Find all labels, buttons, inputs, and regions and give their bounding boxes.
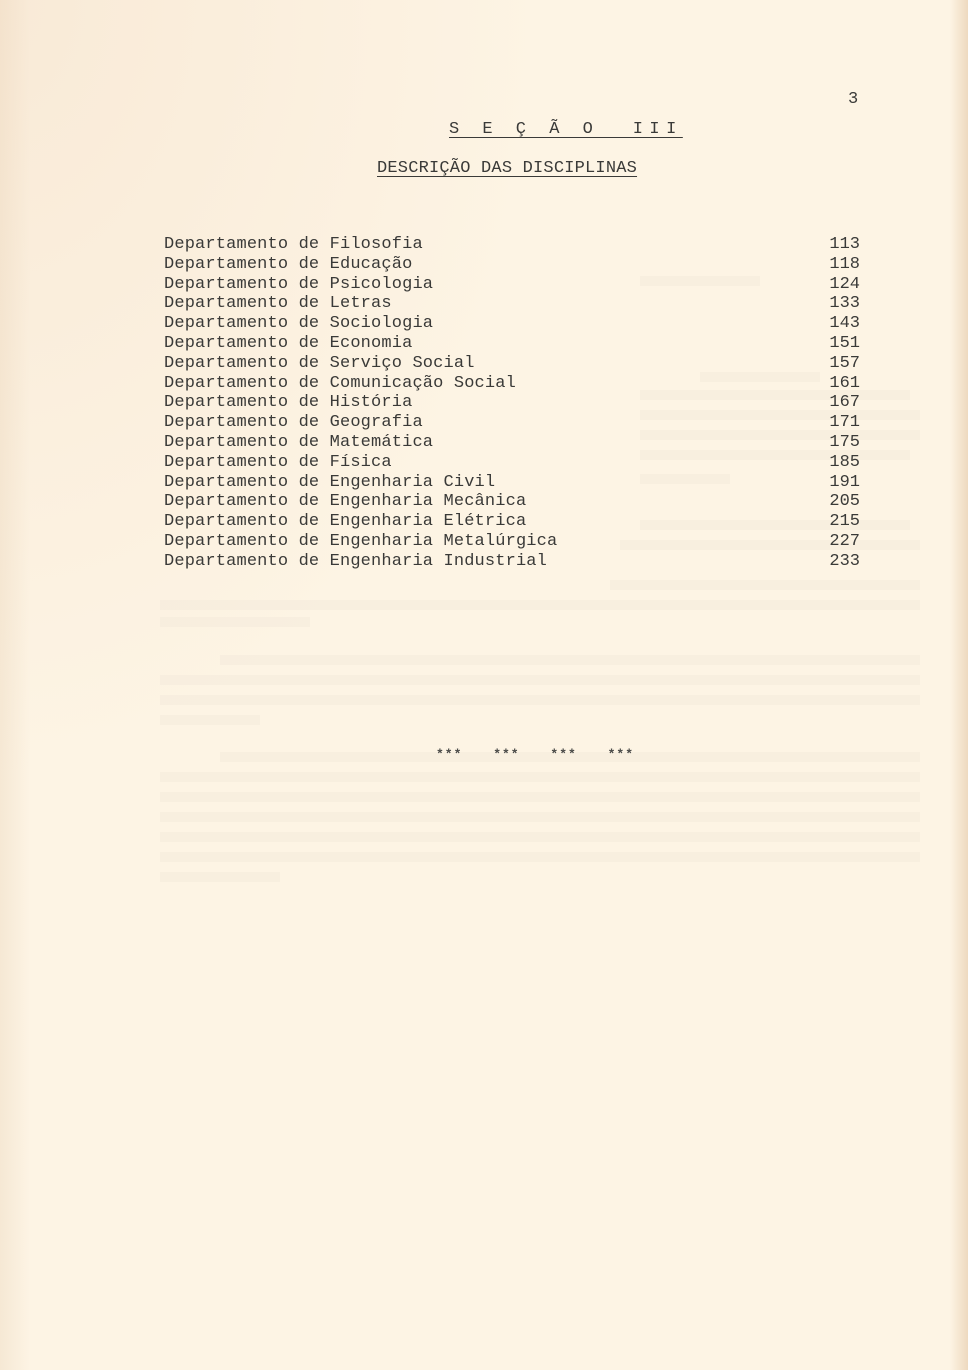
toc-entry-page: 143 (829, 314, 860, 334)
toc-entry-label: Departamento de Psicologia (164, 275, 433, 295)
bleed-through-mark (160, 792, 920, 802)
toc-entry: Departamento de Serviço Social157 (164, 354, 860, 374)
toc-entry: Departamento de Engenharia Industrial233 (164, 552, 860, 572)
bleed-through-mark (610, 580, 920, 590)
toc-entry-label: Departamento de Física (164, 453, 392, 473)
bleed-through-mark (160, 617, 310, 627)
bleed-through-mark (160, 812, 920, 822)
document-page: 3 S E Ç Ã O III DESCRIÇÃO DAS DISCIPLINA… (0, 0, 968, 1370)
toc-entry: Departamento de Engenharia Metalúrgica22… (164, 532, 860, 552)
toc-entry-label: Departamento de Geografia (164, 413, 423, 433)
toc-entry: Departamento de Física185 (164, 453, 860, 473)
bleed-through-mark (160, 872, 280, 882)
toc-entry-page: 151 (829, 334, 860, 354)
bleed-through-mark (160, 832, 920, 842)
toc-entry: Departamento de Engenharia Mecânica205 (164, 492, 860, 512)
toc-entry-label: Departamento de Engenharia Industrial (164, 552, 547, 572)
toc-entry: Departamento de Letras133 (164, 294, 860, 314)
bleed-through-mark (160, 772, 920, 782)
toc-entry: Departamento de Educação118 (164, 255, 860, 275)
toc-entry-label: Departamento de Letras (164, 294, 392, 314)
toc-entry-label: Departamento de História (164, 393, 412, 413)
toc-entry-page: 215 (829, 512, 860, 532)
toc-entry-page: 113 (829, 235, 860, 255)
toc-entry-label: Departamento de Engenharia Metalúrgica (164, 532, 557, 552)
toc-entry-label: Departamento de Engenharia Civil (164, 473, 495, 493)
toc-entry: Departamento de Filosofia113 (164, 235, 860, 255)
toc-entry: Departamento de Sociologia143 (164, 314, 860, 334)
toc-entry-label: Departamento de Serviço Social (164, 354, 475, 374)
toc-entry-page: 191 (829, 473, 860, 493)
toc-entry-label: Departamento de Educação (164, 255, 412, 275)
bleed-through-mark (160, 715, 260, 725)
toc-entry: Departamento de Geografia171 (164, 413, 860, 433)
toc-entry-label: Departamento de Engenharia Elétrica (164, 512, 526, 532)
bleed-through-mark (160, 675, 920, 685)
toc-entry: Departamento de Engenharia Elétrica215 (164, 512, 860, 532)
toc-entry-page: 171 (829, 413, 860, 433)
toc-entry-label: Departamento de Filosofia (164, 235, 423, 255)
section-separator: *** *** *** *** (436, 747, 634, 762)
table-of-contents: Departamento de Filosofia113Departamento… (164, 235, 860, 572)
toc-entry: Departamento de Matemática175 (164, 433, 860, 453)
bleed-through-mark (160, 852, 920, 862)
toc-entry-page: 161 (829, 374, 860, 394)
toc-entry-page: 175 (829, 433, 860, 453)
section-subtitle: DESCRIÇÃO DAS DISCIPLINAS (377, 159, 637, 178)
toc-entry: Departamento de Engenharia Civil191 (164, 473, 860, 493)
toc-entry-label: Departamento de Matemática (164, 433, 433, 453)
toc-entry-label: Departamento de Engenharia Mecânica (164, 492, 526, 512)
toc-entry-page: 157 (829, 354, 860, 374)
toc-entry-page: 124 (829, 275, 860, 295)
toc-entry: Departamento de Economia151 (164, 334, 860, 354)
toc-entry-page: 118 (829, 255, 860, 275)
toc-entry-label: Departamento de Economia (164, 334, 412, 354)
toc-entry-page: 167 (829, 393, 860, 413)
toc-entry: Departamento de Psicologia124 (164, 275, 860, 295)
toc-entry-label: Departamento de Comunicação Social (164, 374, 516, 394)
toc-entry: Departamento de História167 (164, 393, 860, 413)
toc-entry-page: 205 (829, 492, 860, 512)
page-number: 3 (848, 90, 858, 109)
bleed-through-mark (160, 695, 920, 705)
toc-entry-page: 233 (829, 552, 860, 572)
bleed-through-mark (160, 600, 920, 610)
toc-entry-page: 185 (829, 453, 860, 473)
section-title: S E Ç Ã O III (449, 120, 683, 139)
toc-entry-page: 133 (829, 294, 860, 314)
toc-entry-label: Departamento de Sociologia (164, 314, 433, 334)
toc-entry-page: 227 (829, 532, 860, 552)
bleed-through-mark (220, 655, 920, 665)
toc-entry: Departamento de Comunicação Social161 (164, 374, 860, 394)
